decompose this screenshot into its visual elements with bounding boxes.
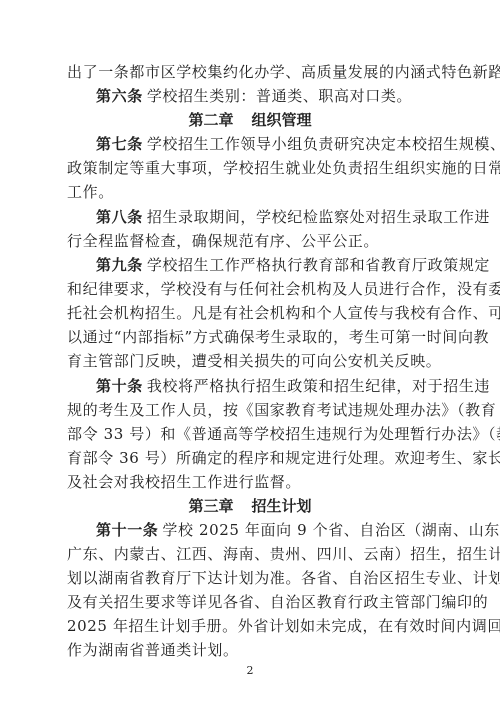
document-page: 出了一条都市区学校集约化办学、高质量发展的内涵式特色新路。 第六条学校招生类别：… <box>0 0 500 707</box>
article-label: 第十一条 <box>96 521 158 539</box>
text-line: 部令 33 号）和《普通高等学校招生违规行为处理暂行办法》（教 <box>67 422 439 446</box>
text-line: 及有关招生要求等详见各省、自治区教育行政主管部门编印的 <box>67 590 439 614</box>
article-7: 第七条学校招生工作领导小组负责研究决定本校招生规模、 <box>96 132 439 156</box>
article-label: 第七条 <box>96 135 143 153</box>
text-line: 广东、内蒙古、江西、海南、贵州、四川、云南）招生，招生计 <box>67 542 439 566</box>
article-text: 我校将严格执行招生政策和招生纪律，对于招生违 <box>147 377 490 395</box>
text-line: 工作。 <box>67 180 439 204</box>
text-line: 及社会对我校招生工作进行监督。 <box>67 470 439 494</box>
text-line: 行全程监督检查，确保规范有序、公平公正。 <box>67 229 439 253</box>
text-line: 出了一条都市区学校集约化办学、高质量发展的内涵式特色新路。 <box>67 60 439 84</box>
article-text: 学校 2025 年面向 9 个省、自治区（湖南、山东、 <box>162 521 500 539</box>
article-6: 第六条学校招生类别：普通类、职高对口类。 <box>96 84 439 108</box>
text-line: 以通过“内部指标”方式确保考生录取的，考生可第一时间向教 <box>67 325 439 349</box>
text-line: 政策制定等重大事项，学校招生就业处负责招生组织实施的日常 <box>67 156 439 180</box>
text-line: 划以湖南省教育厅下达计划为准。各省、自治区招生专业、计划 <box>67 566 439 590</box>
article-11: 第十一条学校 2025 年面向 9 个省、自治区（湖南、山东、 <box>96 518 439 542</box>
text-line: 2025 年招生计划手册。外省计划如未完成，在有效时间内调回 <box>67 614 439 638</box>
article-label: 第九条 <box>96 256 143 274</box>
article-10: 第十条我校将严格执行招生政策和招生纪律，对于招生违 <box>96 374 439 398</box>
text-line: 育主管部门反映，遭受相关损失的可向公安机关反映。 <box>67 349 439 373</box>
chapter-title: 组织管理 <box>252 111 312 129</box>
text-line: 作为湖南省普通类计划。 <box>67 638 439 662</box>
chapter-number: 第三章 <box>188 497 233 515</box>
text-line: 规的考生及工作人员，按《国家教育考试违规处理办法》（教育 <box>67 398 439 422</box>
article-label: 第八条 <box>96 208 143 226</box>
chapter-title: 招生计划 <box>252 497 312 515</box>
article-text: 招生录取期间，学校纪检监察处对招生录取工作进 <box>147 208 490 226</box>
text-line: 和纪律要求，学校没有与任何社会机构及人员进行合作，没有委 <box>67 277 439 301</box>
article-9: 第九条学校招生工作严格执行教育部和省教育厅政策规定 <box>96 253 439 277</box>
article-text: 学校招生类别：普通类、职高对口类。 <box>147 87 412 105</box>
article-text: 学校招生工作领导小组负责研究决定本校招生规模、 <box>147 135 500 153</box>
chapter-heading-3: 第三章招生计划 <box>0 494 500 518</box>
text-line: 托社会机构招生。凡是有社会机构和个人宣传与我校有合作、可 <box>67 301 439 325</box>
article-8: 第八条招生录取期间，学校纪检监察处对招生录取工作进 <box>96 205 439 229</box>
chapter-heading-2: 第二章组织管理 <box>0 108 500 132</box>
text-line: 育部令 36 号）所确定的程序和规定进行处理。欢迎考生、家长 <box>67 446 439 470</box>
article-label: 第十条 <box>96 377 143 395</box>
chapter-number: 第二章 <box>188 111 233 129</box>
article-text: 学校招生工作严格执行教育部和省教育厅政策规定 <box>147 256 490 274</box>
article-label: 第六条 <box>96 87 143 105</box>
page-number: 2 <box>0 664 500 677</box>
